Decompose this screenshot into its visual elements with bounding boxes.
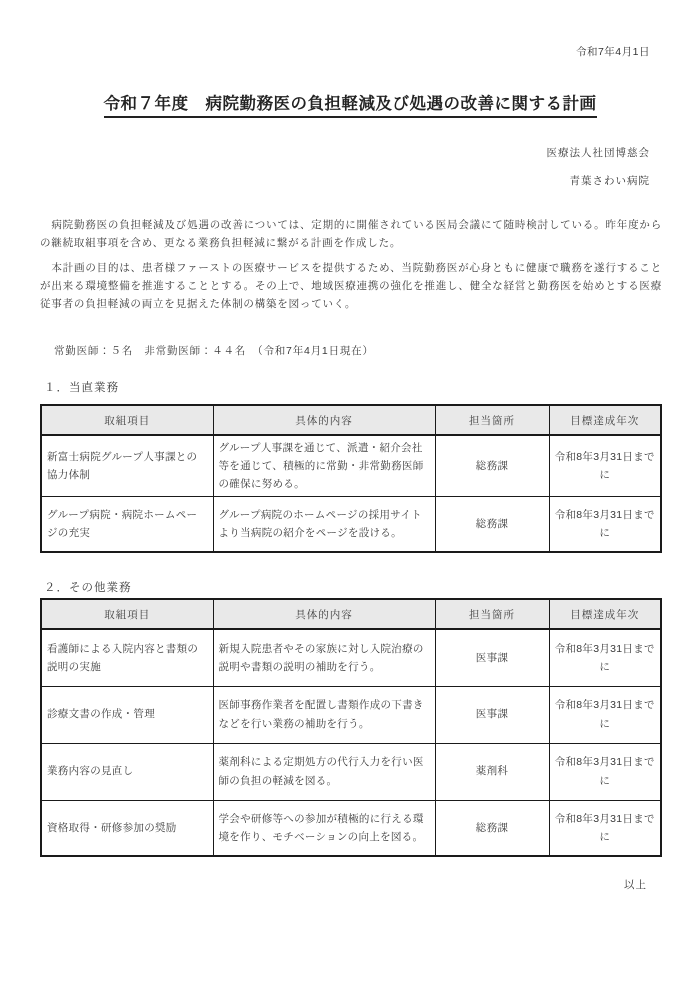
target-year-cell: 令和8年3月31日までに bbox=[549, 629, 661, 686]
document-date: 令和7年4月1日 bbox=[576, 44, 650, 59]
details-cell: 新規入院患者やその家族に対し入院治療の説明や書類の説明の補助を行う。 bbox=[213, 629, 435, 686]
column-header-details: 具体的内容 bbox=[213, 405, 435, 435]
medical-corporation-name: 医療法人社団博慈会 bbox=[547, 145, 651, 160]
night-duty-table: 取組項目 具体的内容 担当箇所 目標達成年次 新富士病院グループ人事課との協力体… bbox=[40, 404, 662, 553]
column-header-department: 担当箇所 bbox=[435, 599, 549, 629]
details-cell: グループ病院のホームページの採用サイトより当病院の紹介をページを設ける。 bbox=[213, 497, 435, 552]
purpose-paragraph: 本計画の目的は、患者様ファーストの医療サービスを提供するため、当院勤務医が心身と… bbox=[40, 259, 662, 313]
other-duties-table: 取組項目 具体的内容 担当箇所 目標達成年次 看護師による入院内容と書類の説明の… bbox=[40, 598, 662, 857]
table-row: 業務内容の見直し 薬剤科による定期処方の代行入力を行い医師の負担の軽減を図る。 … bbox=[41, 743, 661, 800]
target-year-cell: 令和8年3月31日までに bbox=[549, 686, 661, 743]
title-container: 令和７年度 病院勤務医の負担軽減及び処遇の改善に関する計画 bbox=[0, 90, 700, 118]
initiative-cell: 看護師による入院内容と書類の説明の実施 bbox=[41, 629, 213, 686]
section-1-heading: １．当直業務 bbox=[44, 379, 119, 395]
target-year-cell: 令和8年3月31日までに bbox=[549, 800, 661, 856]
department-cell: 総務課 bbox=[435, 435, 549, 497]
target-year-cell: 令和8年3月31日までに bbox=[549, 497, 661, 552]
department-cell: 医事課 bbox=[435, 629, 549, 686]
target-year-cell: 令和8年3月31日までに bbox=[549, 743, 661, 800]
column-header-initiative: 取組項目 bbox=[41, 599, 213, 629]
department-cell: 総務課 bbox=[435, 800, 549, 856]
table-header-row: 取組項目 具体的内容 担当箇所 目標達成年次 bbox=[41, 405, 661, 435]
hospital-name: 青葉さわい病院 bbox=[547, 173, 651, 188]
initiative-cell: 資格取得・研修参加の奨励 bbox=[41, 800, 213, 856]
document-page: 令和7年4月1日 令和７年度 病院勤務医の負担軽減及び処遇の改善に関する計画 医… bbox=[0, 0, 700, 990]
column-header-target-year: 目標達成年次 bbox=[549, 405, 661, 435]
section-2-heading: ２．その他業務 bbox=[44, 579, 132, 595]
column-header-initiative: 取組項目 bbox=[41, 405, 213, 435]
column-header-target-year: 目標達成年次 bbox=[549, 599, 661, 629]
details-cell: 医師事務作業者を配置し書類作成の下書きなどを行い業務の補助を行う。 bbox=[213, 686, 435, 743]
physician-count-line: 常勤医師：５名 非常勤医師：４４名 （令和7年4月1日現在） bbox=[54, 343, 374, 358]
department-cell: 薬剤科 bbox=[435, 743, 549, 800]
target-year-cell: 令和8年3月31日までに bbox=[549, 435, 661, 497]
table-row: 看護師による入院内容と書類の説明の実施 新規入院患者やその家族に対し入院治療の説… bbox=[41, 629, 661, 686]
table-header-row: 取組項目 具体的内容 担当箇所 目標達成年次 bbox=[41, 599, 661, 629]
intro-paragraph: 病院勤務医の負担軽減及び処遇の改善については、定期的に開催されている医局会議にて… bbox=[40, 216, 662, 252]
document-title: 令和７年度 病院勤務医の負担軽減及び処遇の改善に関する計画 bbox=[104, 90, 597, 118]
department-cell: 総務課 bbox=[435, 497, 549, 552]
initiative-cell: グループ病院・病院ホームページの充実 bbox=[41, 497, 213, 552]
details-cell: グループ人事課を通じて、派遣・紹介会社等を通じて、積極的に常勤・非常勤務医師の確… bbox=[213, 435, 435, 497]
closing-text: 以上 bbox=[624, 877, 647, 892]
table-row: 診療文書の作成・管理 医師事務作業者を配置し書類作成の下書きなどを行い業務の補助… bbox=[41, 686, 661, 743]
details-cell: 薬剤科による定期処方の代行入力を行い医師の負担の軽減を図る。 bbox=[213, 743, 435, 800]
column-header-details: 具体的内容 bbox=[213, 599, 435, 629]
initiative-cell: 新富士病院グループ人事課との協力体制 bbox=[41, 435, 213, 497]
initiative-cell: 診療文書の作成・管理 bbox=[41, 686, 213, 743]
table-row: 新富士病院グループ人事課との協力体制 グループ人事課を通じて、派遣・紹介会社等を… bbox=[41, 435, 661, 497]
initiative-cell: 業務内容の見直し bbox=[41, 743, 213, 800]
table-row: グループ病院・病院ホームページの充実 グループ病院のホームページの採用サイトより… bbox=[41, 497, 661, 552]
table-row: 資格取得・研修参加の奨励 学会や研修等への参加が積極的に行える環境を作り、モチベ… bbox=[41, 800, 661, 856]
details-cell: 学会や研修等への参加が積極的に行える環境を作り、モチベーションの向上を図る。 bbox=[213, 800, 435, 856]
organization-block: 医療法人社団博慈会 青葉さわい病院 bbox=[547, 145, 651, 201]
column-header-department: 担当箇所 bbox=[435, 405, 549, 435]
department-cell: 医事課 bbox=[435, 686, 549, 743]
